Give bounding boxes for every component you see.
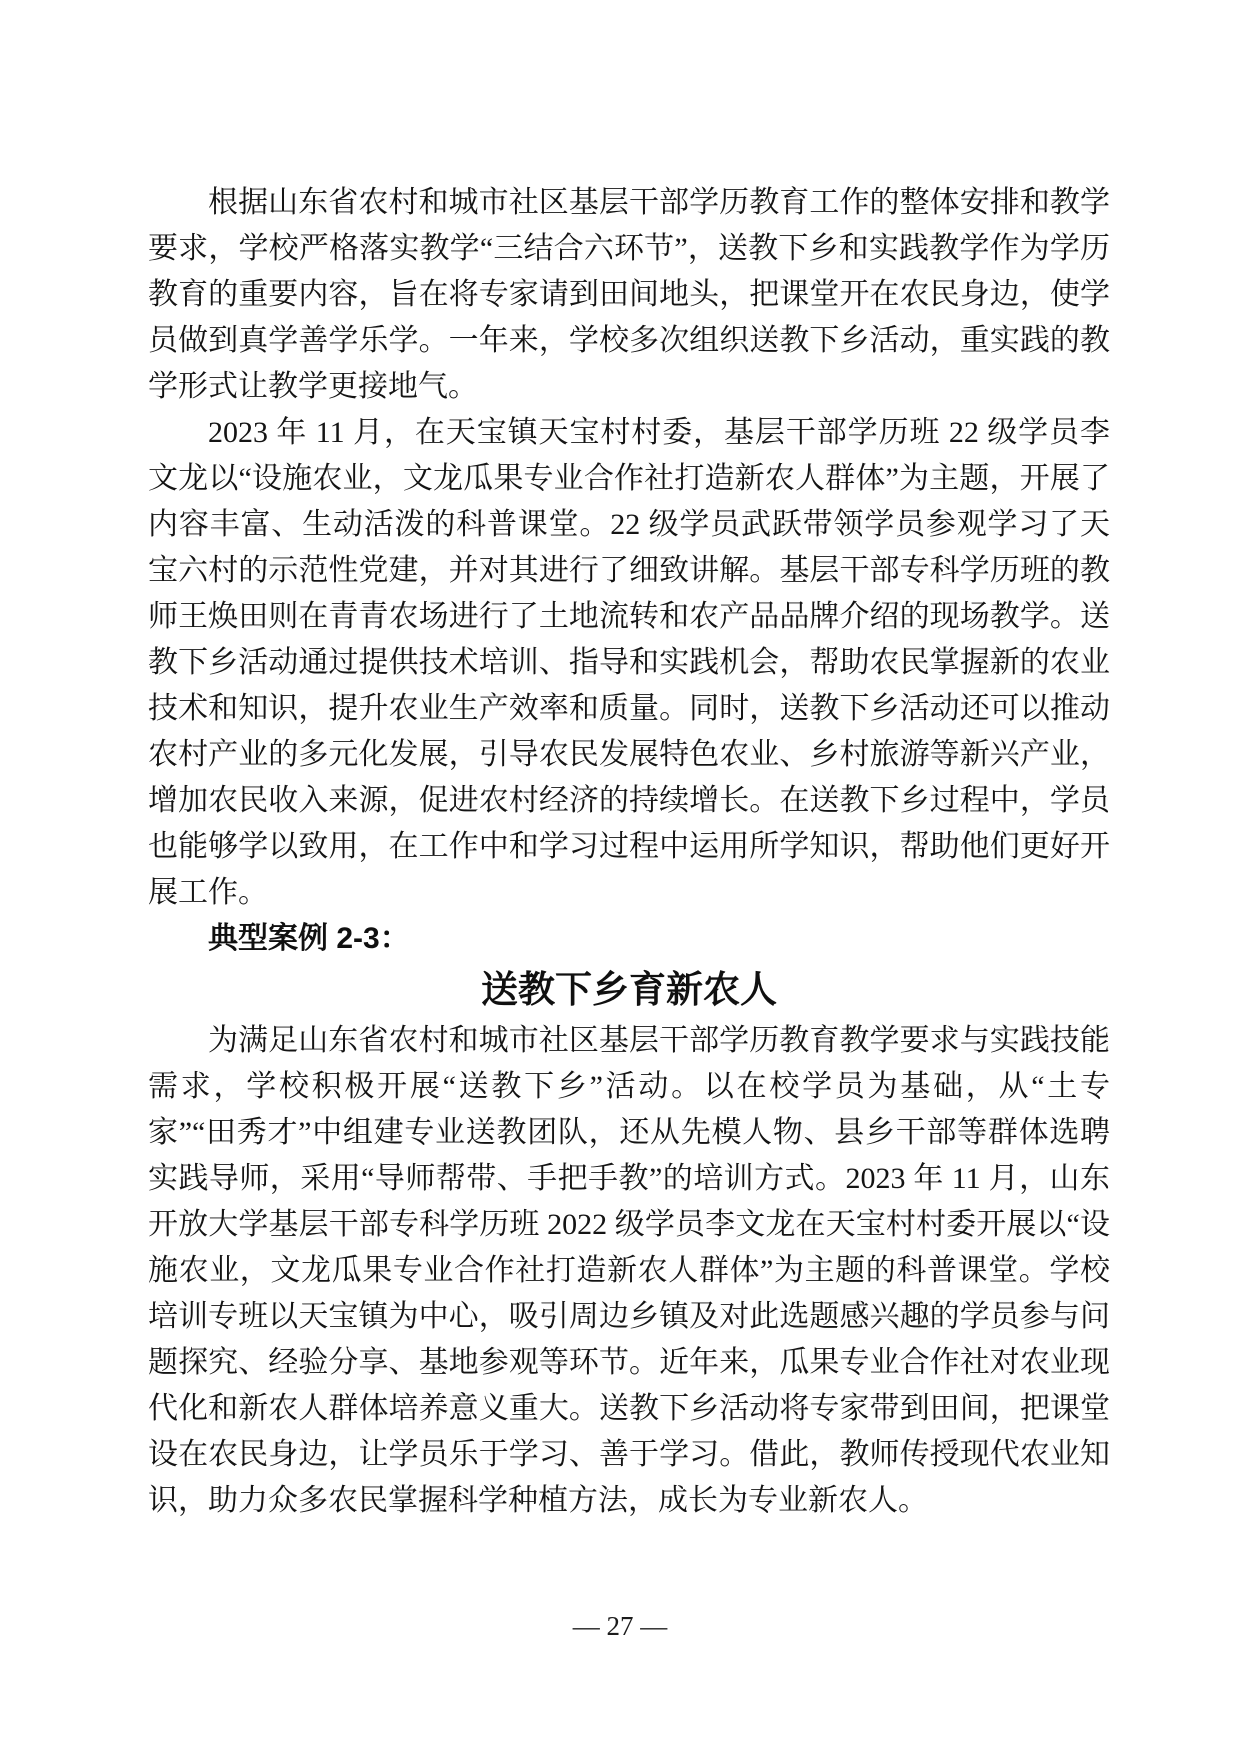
case-heading: 送教下乡育新农人 (148, 962, 1110, 1018)
document-body: 根据山东省农村和城市社区基层干部学历教育工作的整体安排和教学要求，学校严格落实教… (148, 180, 1110, 1524)
paragraph-intro: 根据山东省农村和城市社区基层干部学历教育工作的整体安排和教学要求，学校严格落实教… (148, 180, 1110, 410)
document-page: 根据山东省农村和城市社区基层干部学历教育工作的整体安排和教学要求，学校严格落实教… (0, 0, 1240, 1753)
paragraph-activity-2023: 2023 年 11 月，在天宝镇天宝村村委，基层干部学历班 22 级学员李文龙以… (148, 410, 1110, 916)
page-number: — 27 — (0, 1608, 1240, 1644)
paragraph-case-body: 为满足山东省农村和城市社区基层干部学历教育教学要求与实践技能需求，学校积极开展“… (148, 1018, 1110, 1524)
case-label: 典型案例 2-3： (148, 916, 1110, 962)
